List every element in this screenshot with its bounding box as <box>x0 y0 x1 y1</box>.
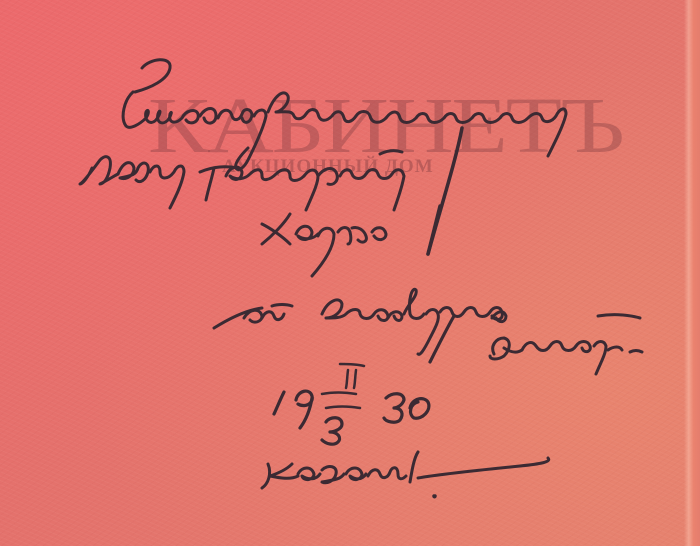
handwriting-line-1 <box>123 60 566 170</box>
handwriting-line-5 <box>490 315 642 374</box>
handwriting-date <box>274 364 429 444</box>
handwriting-strokes <box>0 0 700 546</box>
inscription-page: КАБИНЕТЪ АУКЦИОННЫЙ ДОМ Глубокоуважаемом… <box>0 0 700 546</box>
handwriting-line-3 <box>262 206 440 276</box>
handwriting-place <box>262 452 549 497</box>
handwriting-line-4 <box>214 289 506 362</box>
